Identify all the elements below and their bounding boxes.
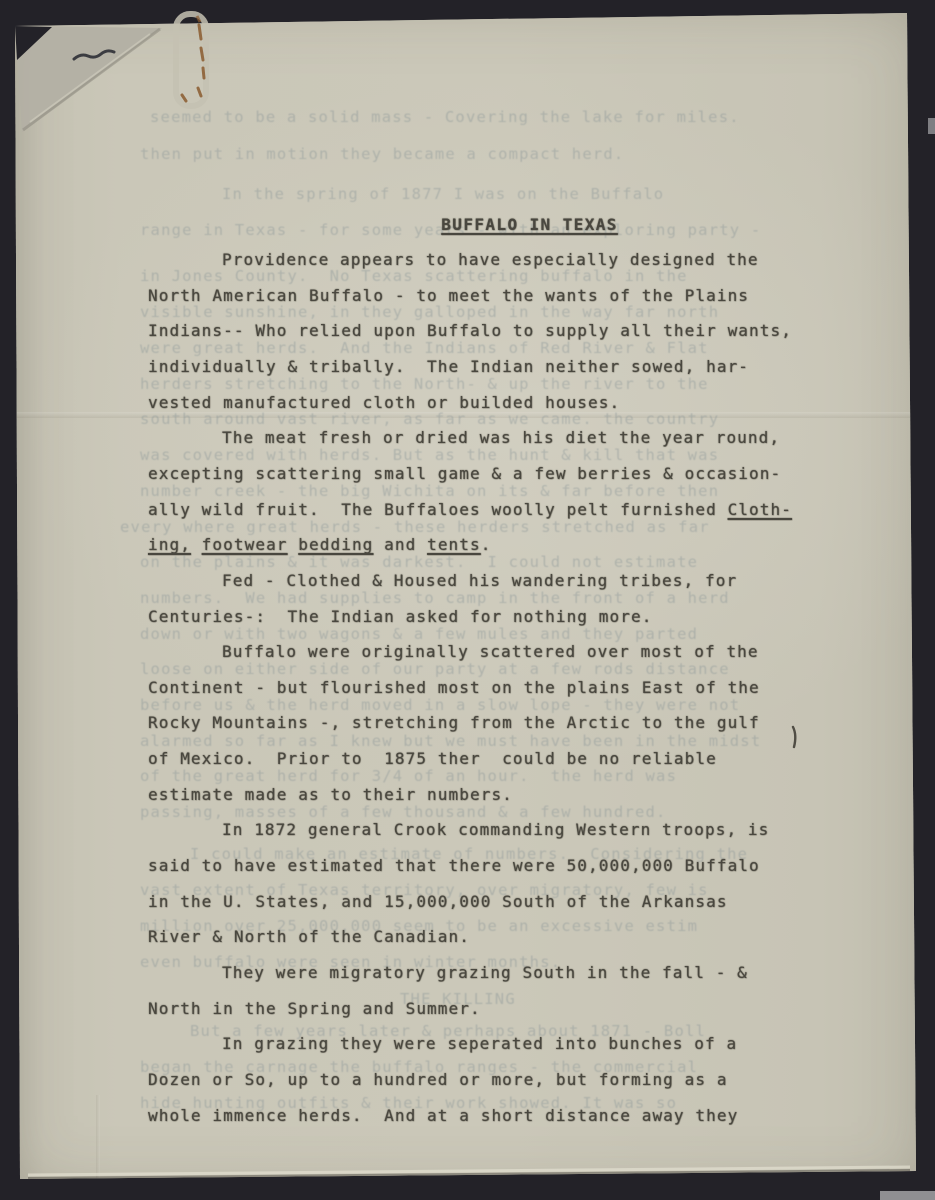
scanner-strip-bottom-right	[880, 1191, 935, 1200]
typed-line: ing, footwear bedding and tents.	[148, 535, 492, 554]
underlined-word: footwear	[202, 535, 288, 554]
ghost-line: were great herds. And the Indians of Red…	[140, 339, 709, 357]
ghost-line: south around vast river, as far as we ca…	[140, 410, 719, 428]
typed-line: Indians-- Who relied upon Buffalo to sup…	[148, 321, 792, 340]
typed-text: ally wild fruit. The Buffaloes woolly pe…	[148, 500, 728, 519]
typed-text: Fed - Clothed & Housed his wandering tri…	[222, 571, 737, 590]
typed-text: in the U. States, and 15,000,000 South o…	[148, 892, 728, 911]
underlined-word: bedding	[298, 535, 373, 554]
ghost-line: loose on either side of our party at a f…	[140, 660, 730, 678]
ghost-line: down or with two wagons & a few mules an…	[140, 625, 698, 643]
typed-text: estimate made as to their numbers.	[148, 785, 513, 804]
typed-text: Rocky Mountains -, stretching from the A…	[148, 713, 760, 732]
ghost-line: passing, masses of a few thousand & a fe…	[140, 803, 667, 821]
underlined-word: ing,	[148, 535, 191, 554]
typed-text: In 1872 general Crook commanding Western…	[222, 820, 769, 839]
ghost-line: before us & the herd moved in a slow lop…	[140, 696, 740, 714]
typed-line: of Mexico. Prior to 1875 ther could be n…	[148, 749, 717, 768]
typed-line: Providence appears to have especially de…	[222, 250, 759, 269]
typed-text: individually & tribally. The Indian neit…	[148, 357, 749, 376]
typed-text: excepting scattering small game & a few …	[148, 464, 781, 483]
typed-line: North in the Spring and Summer.	[148, 999, 481, 1018]
ghost-line: numbers. We had supplies to camp in the …	[140, 589, 730, 607]
typed-line: vested manufactured cloth or builded hou…	[148, 393, 620, 412]
typed-line: whole immence herds. And at a short dist…	[148, 1106, 738, 1125]
typed-line: excepting scattering small game & a few …	[148, 464, 781, 483]
typed-text: Providence appears to have especially de…	[222, 250, 759, 269]
typed-text: Dozen or So, up to a hundred or more, bu…	[148, 1070, 728, 1089]
ghost-line: was covered with herds. But as the hunt …	[140, 446, 719, 464]
typed-line: Dozen or So, up to a hundred or more, bu…	[148, 1070, 728, 1089]
typed-line: estimate made as to their numbers.	[148, 785, 513, 804]
typed-text: Centuries-: The Indian asked for nothing…	[148, 607, 652, 626]
typed-line: The meat fresh or dried was his diet the…	[222, 428, 780, 447]
ghost-line: then put in motion they became a compact…	[140, 145, 624, 163]
typed-line: In 1872 general Crook commanding Western…	[222, 820, 769, 839]
ghost-line: on the plains & it was darkest. I could …	[140, 553, 698, 571]
typed-line: individually & tribally. The Indian neit…	[148, 357, 749, 376]
ghost-line: number creek - the big Wichita on its & …	[140, 482, 719, 500]
typed-line: North American Buffalo - to meet the wan…	[148, 286, 749, 305]
typed-text: said to have estimated that there were 5…	[148, 856, 760, 875]
typed-text: The meat fresh or dried was his diet the…	[222, 428, 780, 447]
typed-text: Buffalo were originally scattered over m…	[222, 642, 759, 661]
typed-text: of Mexico. Prior to 1875 ther could be n…	[148, 749, 717, 768]
ghost-line: alarmed so far as I knew but we must hav…	[140, 732, 761, 750]
scan-background: seemed to be a solid mass - Covering the…	[0, 0, 935, 1200]
typed-line: Rocky Mountains -, stretching from the A…	[148, 713, 760, 732]
vertical-crease	[96, 1095, 100, 1179]
page-title-text: BUFFALO IN TEXAS	[441, 215, 618, 234]
typed-line: Centuries-: The Indian asked for nothing…	[148, 607, 652, 626]
typed-text: River & North of the Canadian.	[148, 927, 470, 946]
ghost-line: seemed to be a solid mass - Covering the…	[150, 108, 740, 126]
typed-line: They were migratory grazing South in the…	[222, 963, 748, 982]
ghost-line: in Jones County. No Texas scattering buf…	[140, 267, 688, 285]
typed-text: Indians-- Who relied upon Buffalo to sup…	[148, 321, 792, 340]
ghost-line: visible sunshine, in they galloped in th…	[140, 303, 719, 321]
typed-line: Continent - but flourished most on the p…	[148, 678, 760, 697]
scanner-notch-right-edge	[928, 118, 935, 134]
ghost-line: of the great herd for 3/4 of an hour. th…	[140, 767, 677, 785]
page-title: BUFFALO IN TEXAS	[353, 196, 618, 253]
typed-line: Buffalo were originally scattered over m…	[222, 642, 759, 661]
typed-line: In grazing they were seperated into bunc…	[222, 1034, 737, 1053]
typed-text: .	[481, 535, 492, 554]
ghost-line: herders stretching to the North- & up th…	[140, 375, 709, 393]
paperclip-rust-mark-top	[197, 16, 200, 22]
typed-line: said to have estimated that there were 5…	[148, 856, 760, 875]
typed-text	[288, 535, 299, 554]
typed-text: whole immence herds. And at a short dist…	[148, 1106, 738, 1125]
typed-text: and	[373, 535, 427, 554]
typed-text: vested manufactured cloth or builded hou…	[148, 393, 620, 412]
typed-text: North American Buffalo - to meet the wan…	[148, 286, 749, 305]
typed-line: ally wild fruit. The Buffaloes woolly pe…	[148, 500, 792, 519]
typed-text: North in the Spring and Summer.	[148, 999, 481, 1018]
ghost-line: every where great herds - these herders …	[120, 518, 710, 536]
scanned-page: seemed to be a solid mass - Covering the…	[0, 0, 935, 1200]
typed-text: Continent - but flourished most on the p…	[148, 678, 760, 697]
typed-text: They were migratory grazing South in the…	[222, 963, 748, 982]
typed-line: Fed - Clothed & Housed his wandering tri…	[222, 571, 737, 590]
underlined-word: Cloth-	[728, 500, 792, 519]
typed-line: River & North of the Canadian.	[148, 927, 470, 946]
underlined-word: tents	[427, 535, 481, 554]
typed-line: in the U. States, and 15,000,000 South o…	[148, 892, 728, 911]
typed-text	[191, 535, 202, 554]
typed-text: In grazing they were seperated into bunc…	[222, 1034, 737, 1053]
